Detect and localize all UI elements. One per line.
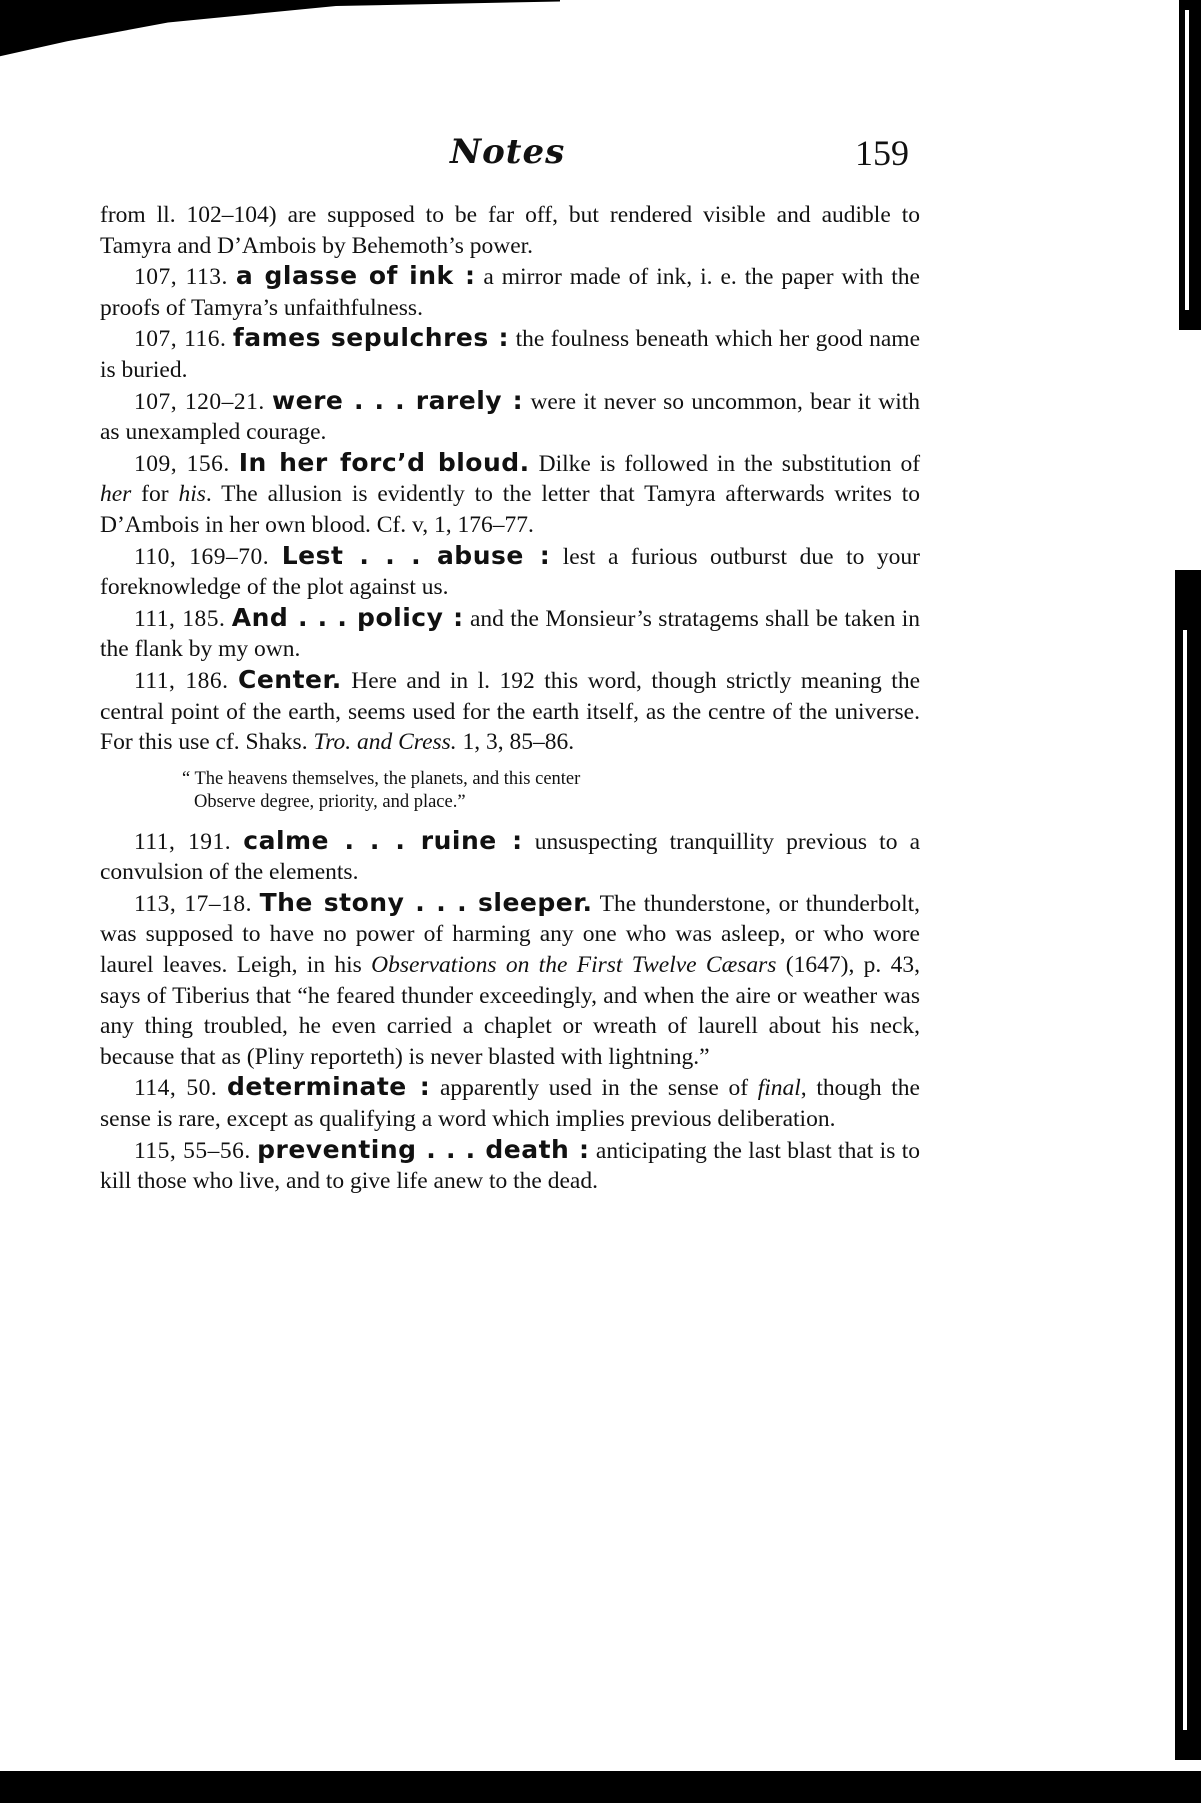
note-entry: 110, 169–70. Lest . . . abuse : lest a f… [100,541,920,603]
lemma: were . . . rarely : [272,386,523,415]
note-entry: 111, 186. Center. Here and in l. 192 thi… [100,665,920,758]
note-entry: 114, 50. determinate : apparently used i… [100,1072,920,1134]
line-reference: 115, 55–56. [134,1138,251,1164]
page-header: Notes 159 [0,132,1201,182]
line-reference: 109, 156. [134,451,230,477]
quote-line: Observe degree, priority, and place.” [182,791,920,814]
lemma: calme . . . ruine : [243,826,522,855]
note-entry: 111, 191. calme . . . ruine : unsuspecti… [100,826,920,888]
note-entry: 109, 156. In her forc’d bloud. Dilke is … [100,448,920,541]
note-entry: 113, 17–18. The stony . . . sleeper. The… [100,888,920,1073]
scan-shadow-bottom [0,1771,1201,1803]
lemma: The stony . . . sleeper. [260,888,593,917]
scan-edge-right [1175,570,1201,1760]
lemma: And . . . policy : [232,603,464,632]
scan-shadow-top-left [0,0,560,75]
lemma: a glasse of ink : [236,261,476,290]
note-entry: 115, 55–56. preventing . . . death : ant… [100,1135,920,1197]
line-reference: 111, 185. [134,606,225,632]
lemma: fames sepulchres : [233,323,509,352]
line-reference: 110, 169–70. [134,544,269,570]
note-entry: 107, 113. a glasse of ink : a mirror mad… [100,261,920,323]
notes-body: from ll. 102–104) are supposed to be far… [100,200,920,1197]
line-reference: 111, 186. [134,668,229,694]
lemma: determinate : [227,1072,430,1101]
line-reference: 114, 50. [134,1075,217,1101]
line-reference: 107, 120–21. [134,389,265,415]
lemma: Center. [238,665,342,694]
line-reference: 111, 191. [134,829,231,855]
lemma: preventing . . . death : [257,1135,589,1164]
note-entry: 111, 185. And . . . policy : and the Mon… [100,603,920,665]
running-title: Notes [450,132,565,172]
note-text: from ll. 102–104) are supposed to be far… [100,202,920,259]
quote-line: “ The heavens themselves, the planets, a… [182,768,920,791]
lemma: Lest . . . abuse : [282,541,550,570]
line-reference: 107, 116. [134,326,226,352]
block-quote: “ The heavens themselves, the planets, a… [182,768,920,814]
page-number: 159 [855,132,909,174]
note-entry: 107, 116. fames sepulchres : the foulnes… [100,323,920,385]
line-reference: 113, 17–18. [134,891,252,917]
note-entry-continuation: from ll. 102–104) are supposed to be far… [100,200,920,261]
lemma: In her forc’d bloud. [239,448,530,477]
note-entry: 107, 120–21. were . . . rarely : were it… [100,386,920,448]
line-reference: 107, 113. [134,264,228,290]
